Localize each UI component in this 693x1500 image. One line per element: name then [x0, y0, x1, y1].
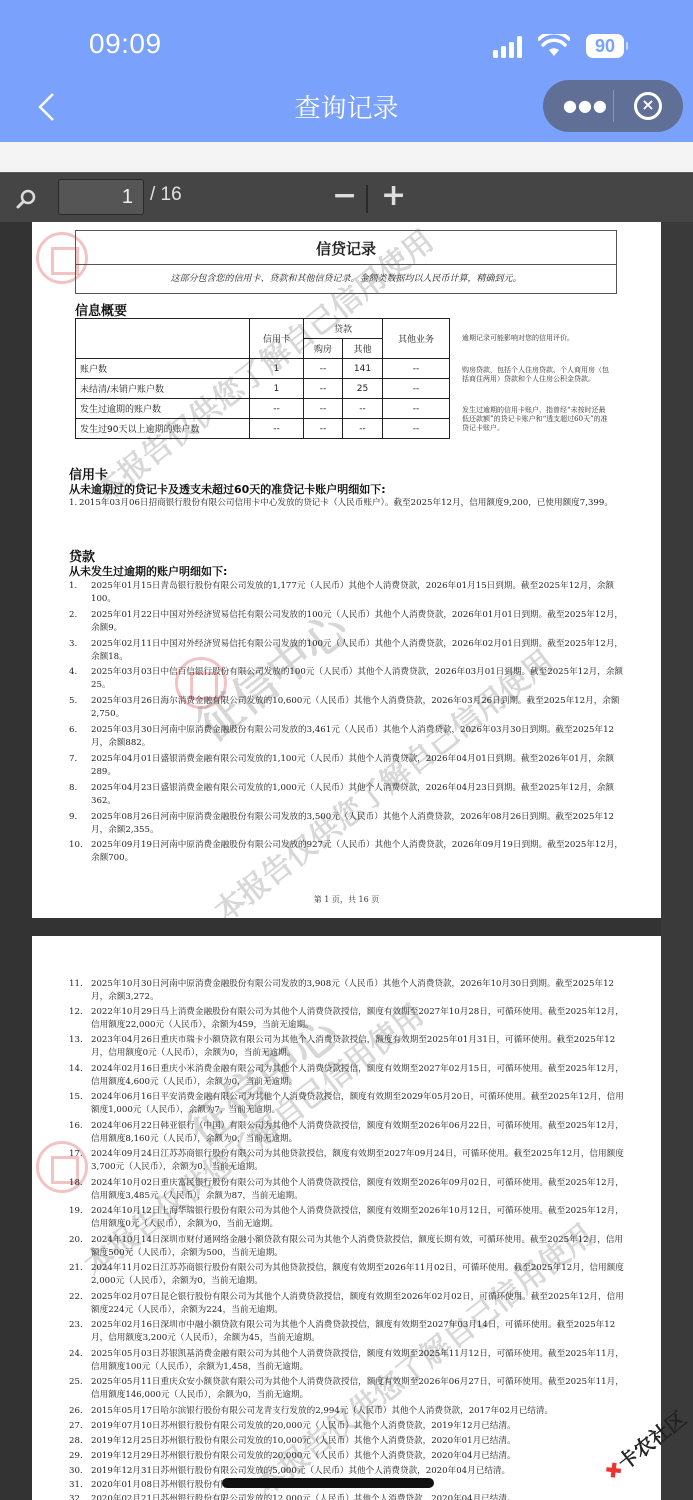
list-item: 20.2024年10月14日深圳市财付通网络金融小额贷款有限公司为其他个人消费贷… [69, 1234, 629, 1259]
cell: -- [304, 359, 343, 379]
cell: -- [343, 419, 383, 439]
list-item: 1.2025年01月15日青岛银行股份有限公司发放的1,177元（人民币）其他个… [69, 580, 629, 605]
pdf-toolbar: 1 / 16 − + [0, 172, 693, 222]
credit-card-subtitle: 从未逾期过的贷记卡及透支未超过60天的准贷记卡账户明细如下: [69, 481, 386, 497]
battery-indicator: 90 [586, 34, 624, 58]
page-number-input[interactable]: 1 [58, 179, 144, 215]
cell: -- [383, 359, 450, 379]
list-item: 14.2024年02月16日重庆小米消费金融有限公司为其他个人消费贷款授信，额度… [69, 1063, 629, 1088]
loan-subtitle: 从未发生过逾期的账户明细如下: [69, 563, 227, 579]
redaction-bar [222, 1478, 434, 1488]
cell: -- [250, 399, 304, 419]
table-row: 发生过逾期的账户数 -- -- -- -- [76, 399, 450, 419]
list-item: 5.2025年03月26日海尔消费金融有限公司发放的10,600元（人民币）其他… [69, 695, 629, 720]
list-item: 3.2025年02月11日中国对外经济贸易信托有限公司发放的100元（人民币）其… [69, 638, 629, 663]
cell: -- [343, 399, 383, 419]
page-footer: 第 1 页，共 16 页 [32, 894, 661, 905]
list-item: 4.2025年03月03日中信百信银行股份有限公司发放的100元（人民币）其他个… [69, 666, 629, 691]
section-subtitle: 这部分包含您的信用卡、贷款和其他信贷记录。金额类数据均以人民币计算，精确到元。 [76, 265, 616, 293]
cellular-signal-icon [493, 36, 527, 58]
cell: 25 [343, 379, 383, 399]
footnote: 购房贷款，包括个人住房贷款、个人商用房（包括商住两用）贷款和个人住房公积金贷款。 [462, 366, 612, 384]
row-label: 未结清/未销户账户数 [76, 379, 250, 399]
list-item: 13.2023年04月26日重庆市瑞卡小额贷款有限公司为其他个人消费贷款授信，额… [69, 1034, 629, 1059]
status-time: 09:09 [89, 28, 162, 60]
list-item: 2.2025年01月22日中国对外经济贸易信托有限公司发放的100元（人民币）其… [69, 609, 629, 634]
pdf-page-1: 本报告仅供您了解自己信用使用 征信中心 本报告仅供您了解自己信用使用 信贷记录 … [32, 222, 661, 918]
app-header: 09:09 90 查询记录 ●●● × [0, 0, 693, 142]
spacer-bar [0, 142, 693, 172]
cell: 141 [343, 359, 383, 379]
capsule-divider [613, 90, 614, 122]
col-header: 信用卡 [250, 319, 304, 359]
table-corner [76, 319, 250, 359]
table-row: 发生过90天以上逾期的账户数 -- -- -- -- [76, 419, 450, 439]
close-circle-icon[interactable]: × [634, 92, 662, 120]
summary-title: 信息概要 [75, 300, 127, 319]
row-label: 账户数 [76, 359, 250, 379]
miniprogram-capsule: ●●● × [543, 80, 683, 132]
cell: -- [383, 379, 450, 399]
section-title: 信贷记录 [76, 231, 616, 265]
col-header: 贷款 [304, 319, 383, 339]
list-item: 6.2025年03月30日河南中原消费金融股份有限公司发放的3,461元（人民币… [69, 724, 629, 749]
list-item: 29.2019年12月29日苏州银行股份有限公司发放的20,000元（人民币）其… [69, 1450, 629, 1463]
table-row: 账户数 1 -- 141 -- [76, 359, 450, 379]
list-item: 21.2024年11月02日江苏苏商银行股份有限公司为其他贷款授信，额度有效期至… [69, 1262, 629, 1287]
list-item: 11.2025年10月30日河南中原消费金融股份有限公司发放的3,908元（人民… [69, 978, 629, 1003]
list-item: 30.2019年12月31日苏州银行股份有限公司发放的5,000元（人民币）其他… [69, 1465, 629, 1478]
search-icon[interactable] [15, 188, 37, 210]
list-item: 24.2025年05月03日苏银凯基消费金融有限公司为其他个人消费贷款授信，额度… [69, 1348, 629, 1373]
more-dots-icon[interactable]: ●●● [563, 96, 608, 116]
cell: -- [383, 419, 450, 439]
wifi-icon [538, 34, 570, 58]
section-header-box: 信贷记录 这部分包含您的信用卡、贷款和其他信贷记录。金额类数据均以人民币计算，精… [75, 230, 617, 294]
cell: -- [304, 379, 343, 399]
cell: -- [304, 419, 343, 439]
col-header: 购房 [304, 339, 343, 359]
list-item: 15.2024年06月16日平安消费金融有限公司为其他个人消费贷款授信，额度有效… [69, 1091, 629, 1116]
col-header: 其他 [343, 339, 383, 359]
list-item: 25.2025年05月11日重庆众安小额贷款有限公司为其他个人消费贷款授信，额度… [69, 1376, 629, 1401]
cell: -- [304, 399, 343, 419]
list-item: 8.2025年04月23日盛银消费金融有限公司发放的1,000元（人民币）其他个… [69, 782, 629, 807]
list-item: 32.2020年02月21日苏州银行股份有限公司发放的12,000元（人民币）其… [69, 1493, 629, 1500]
zoom-divider [366, 185, 368, 213]
scrollbar-track[interactable] [661, 222, 693, 1500]
list-item: 18.2024年10月02日重庆富民银行股份有限公司为其他个人消费贷款授信，额度… [69, 1177, 629, 1202]
table-row: 未结清/未销户账户数 1 -- 25 -- [76, 379, 450, 399]
list-item: 10.2025年09月19日河南中原消费金融股份有限公司发放的927元（人民币）… [69, 839, 629, 864]
list-item: 22.2025年02月07日昆仑银行股份有限公司为其他个人消费贷款授信，额度有效… [69, 1291, 629, 1316]
cell: -- [250, 419, 304, 439]
list-item: 19.2024年10月12日上海华瑞银行股份有限公司为其他个人消费贷款授信，额度… [69, 1205, 629, 1230]
footnote: 发生过逾期的信用卡账户，指曾经“未按时还最低还款额”的贷记卡账户和“透支超过60… [462, 406, 612, 433]
col-header: 其他业务 [383, 319, 450, 359]
pdf-page-2: 本报告仅供您了解自己信用使用 征信中心 本报告仅供您了解自己信用使用 11.20… [32, 936, 661, 1500]
list-item: 7.2025年04月01日盛银消费金融有限公司发放的1,100元（人民币）其他个… [69, 753, 629, 778]
list-item: 1. 2015年03月06日招商银行股份有限公司信用卡中心发放的贷记卡（人民币账… [69, 497, 629, 510]
footnote: 逾期记录可能影响对您的信用评价。 [462, 334, 612, 343]
cell: 1 [250, 359, 304, 379]
list-item: 26.2015年05月17日哈尔滨银行股份有限公司龙青支行发放的2,994元（人… [69, 1405, 629, 1418]
list-item: 16.2024年06月22日韩亚银行（中国）有限公司为其他个人消费贷款授信，额度… [69, 1120, 629, 1145]
row-label: 发生过逾期的账户数 [76, 399, 250, 419]
zoom-in-button[interactable]: + [381, 179, 406, 213]
list-item: 28.2019年12月25日苏州银行股份有限公司发放的10,000元（人民币）其… [69, 1435, 629, 1448]
cell: 1 [250, 379, 304, 399]
cell: -- [383, 399, 450, 419]
list-item: 27.2019年07月10日苏州银行股份有限公司发放的20,000元（人民币）其… [69, 1420, 629, 1433]
list-item: 17.2024年09月24日江苏苏商银行股份有限公司为其他贷款授信，额度有效期至… [69, 1148, 629, 1173]
list-item: 12.2022年10月29日马上消费金融股份有限公司为其他个人消费贷款授信，额度… [69, 1006, 629, 1031]
row-label: 发生过90天以上逾期的账户数 [76, 419, 250, 439]
page-total: / 16 [150, 184, 182, 206]
summary-table: 信用卡 贷款 其他业务 购房 其他 账户数 1 -- 141 -- 未结清/未销… [75, 318, 450, 439]
list-item: 23.2025年02月16日深圳市中融小额贷款有限公司为其他个人消费贷款授信，额… [69, 1319, 629, 1344]
list-item: 9.2025年08月26日河南中原消费金融股份有限公司发放的3,500元（人民币… [69, 811, 629, 836]
zoom-out-button[interactable]: − [332, 179, 357, 213]
